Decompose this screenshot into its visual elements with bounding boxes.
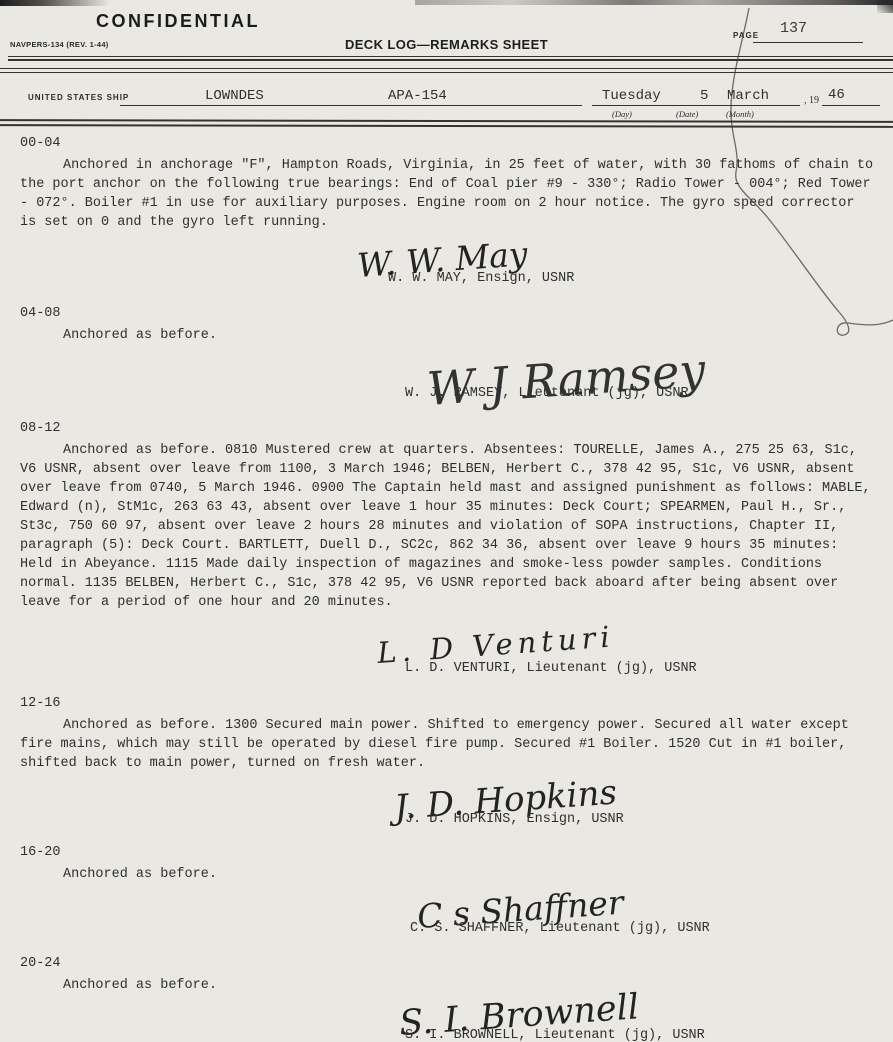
signature-typed: W. W. MAY, Ensign, USNR — [388, 269, 574, 288]
entry-text: Anchored as before. 0810 Mustered crew a… — [20, 441, 877, 612]
entry-text: Anchored as before. 1300 Secured main po… — [20, 716, 877, 773]
date-caption: (Date) — [676, 109, 698, 119]
signature-typed: C. S. SHAFFNER, Lieutenant (jg), USNR — [410, 919, 710, 938]
signature-block: W. W. May W. W. MAY, Ensign, USNR — [20, 236, 877, 288]
log-entry: 08-12 Anchored as before. 0810 Mustered … — [20, 419, 877, 678]
signature-typed: S. I. BROWNELL, Lieutenant (jg), USNR — [405, 1026, 705, 1042]
day-value: Tuesday — [602, 88, 661, 104]
page-number: 137 — [780, 20, 807, 37]
log-entry: 16-20 Anchored as before. C s Shaffner C… — [20, 843, 877, 938]
hull-number: APA-154 — [388, 88, 447, 104]
divider-rule — [0, 119, 893, 122]
day-caption: (Day) — [612, 109, 632, 119]
divider-rule — [8, 59, 893, 61]
entry-text: Anchored as before. — [20, 326, 877, 345]
watch-period: 12-16 — [20, 694, 877, 713]
month-caption: (Month) — [726, 109, 754, 119]
watch-period: 20-24 — [20, 954, 877, 973]
signature-block: J. D. Hopkins J. D. HOPKINS, Ensign, USN… — [20, 773, 877, 829]
signature-block: S. I. Brownell S. I. BROWNELL, Lieutenan… — [20, 995, 877, 1042]
page-label: PAGE — [733, 31, 759, 40]
watch-period: 16-20 — [20, 843, 877, 862]
ship-label: UNITED STATES SHIP — [28, 93, 129, 102]
log-entry: 00-04 Anchored in anchorage "F", Hampton… — [20, 134, 877, 288]
divider-rule — [0, 124, 893, 128]
log-entry: 20-24 Anchored as before. S. I. Brownell… — [20, 954, 877, 1042]
signature-block: C s Shaffner C. S. SHAFFNER, Lieutenant … — [20, 884, 877, 938]
classification-stamp: CONFIDENTIAL — [96, 11, 260, 32]
year-underline — [822, 105, 880, 106]
deck-log-page: CONFIDENTIAL NAVPERS-134 (REV. 1-44) DEC… — [0, 0, 893, 1042]
form-header: CONFIDENTIAL NAVPERS-134 (REV. 1-44) DEC… — [0, 0, 893, 128]
signature-typed: L. D. VENTURI, Lieutenant (jg), USNR — [405, 659, 697, 678]
entry-text: Anchored as before. — [20, 976, 877, 995]
signature-typed: J. D. HOPKINS, Ensign, USNR — [405, 810, 624, 829]
watch-period: 04-08 — [20, 304, 877, 323]
watch-period: 08-12 — [20, 419, 877, 438]
ship-name: LOWNDES — [205, 88, 264, 104]
signature-typed: W. J. RAMSEY, Lieutenant (jg), USNR — [405, 384, 689, 403]
date-value: 5 — [700, 88, 708, 104]
watch-period: 00-04 — [20, 134, 877, 153]
entry-text: Anchored as before. — [20, 865, 877, 884]
divider-rule — [8, 56, 893, 57]
log-entry: 04-08 Anchored as before. W J Ramsey W. … — [20, 304, 877, 403]
month-value: March — [727, 88, 769, 104]
signature-handwritten: L. D Venturi — [377, 627, 616, 663]
signature-block: L. D Venturi L. D. VENTURI, Lieutenant (… — [20, 612, 877, 678]
log-entries: 00-04 Anchored in anchorage "F", Hampton… — [20, 128, 877, 1042]
year-label: , 19 — [804, 95, 819, 106]
entry-text: Anchored in anchorage "F", Hampton Roads… — [20, 156, 877, 232]
year-value: 46 — [828, 87, 845, 103]
divider-rule — [0, 68, 893, 69]
ship-underline — [120, 105, 582, 106]
signature-block: W J Ramsey W. J. RAMSEY, Lieutenant (jg)… — [20, 345, 877, 403]
log-entry: 12-16 Anchored as before. 1300 Secured m… — [20, 694, 877, 829]
page-underline — [753, 42, 863, 43]
divider-rule — [0, 72, 893, 74]
date-underline — [592, 105, 800, 106]
